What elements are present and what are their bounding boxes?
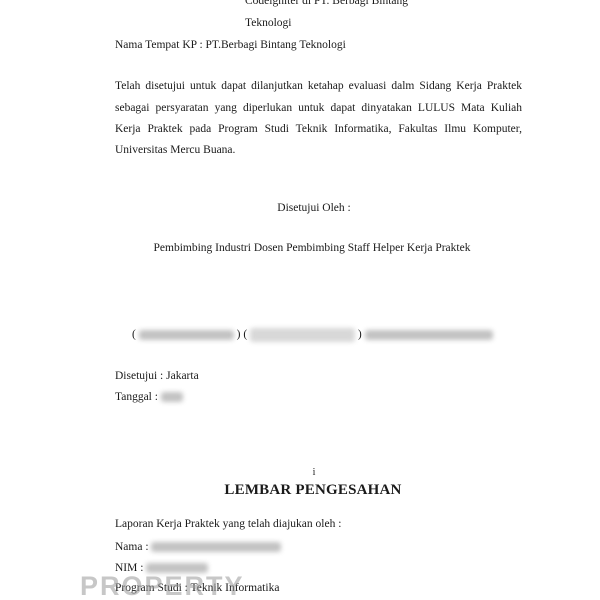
paragraph-line: Kerja Praktek pada Program Studi Teknik … — [115, 124, 522, 136]
paragraph-line: Universitas Mercu Buana. — [115, 145, 522, 157]
signature-line: ( ) ( ) — [132, 328, 493, 342]
section-title: LEMBAR PENGESAHAN — [13, 483, 600, 498]
nim-row: NIM : — [115, 563, 208, 575]
paren-close: ) — [358, 329, 362, 341]
redacted-date — [161, 392, 183, 402]
redacted-lecturer-name — [250, 328, 355, 342]
nama-tempat-kp: Nama Tempat KP : PT.Berbagi Bintang Tekn… — [115, 40, 346, 52]
approved-by-label: Disetujui Oleh : — [14, 203, 600, 215]
nim-label: NIM : — [115, 562, 143, 574]
program-studi: Program Studi : Teknik Informatika — [115, 583, 279, 595]
paren-open: ( — [132, 329, 136, 341]
name-label: Nama : — [115, 541, 149, 553]
paragraph-line: Telah disetujui untuk dapat dilanjutkan … — [115, 81, 522, 93]
page-number: i — [14, 468, 600, 478]
signers-heading: Pembimbing Industri Dosen Pembimbing Sta… — [12, 243, 600, 255]
redacted-nim — [146, 563, 208, 573]
name-row: Nama : — [115, 542, 281, 554]
submitted-by-label: Laporan Kerja Praktek yang telah diajuka… — [115, 519, 341, 531]
title-continuation-line1: Codeigniter di PT. Berbagi Bintang — [245, 0, 408, 8]
redacted-student-name — [151, 542, 281, 552]
paragraph-line: sebagai persyaratan yang diperlukan untu… — [115, 103, 522, 115]
approved-place: Disetujui : Jakarta — [115, 371, 199, 383]
date-label: Tanggal : — [115, 391, 158, 403]
title-continuation-line2: Teknologi — [245, 18, 291, 30]
date-row: Tanggal : — [115, 392, 183, 404]
redacted-staff-helper-id — [365, 330, 493, 340]
paren-close: ) — [237, 329, 241, 341]
document-page: Codeigniter di PT. Berbagi Bintang Tekno… — [0, 0, 600, 600]
paren-open: ( — [243, 329, 247, 341]
redacted-industry-supervisor-name — [139, 330, 234, 340]
